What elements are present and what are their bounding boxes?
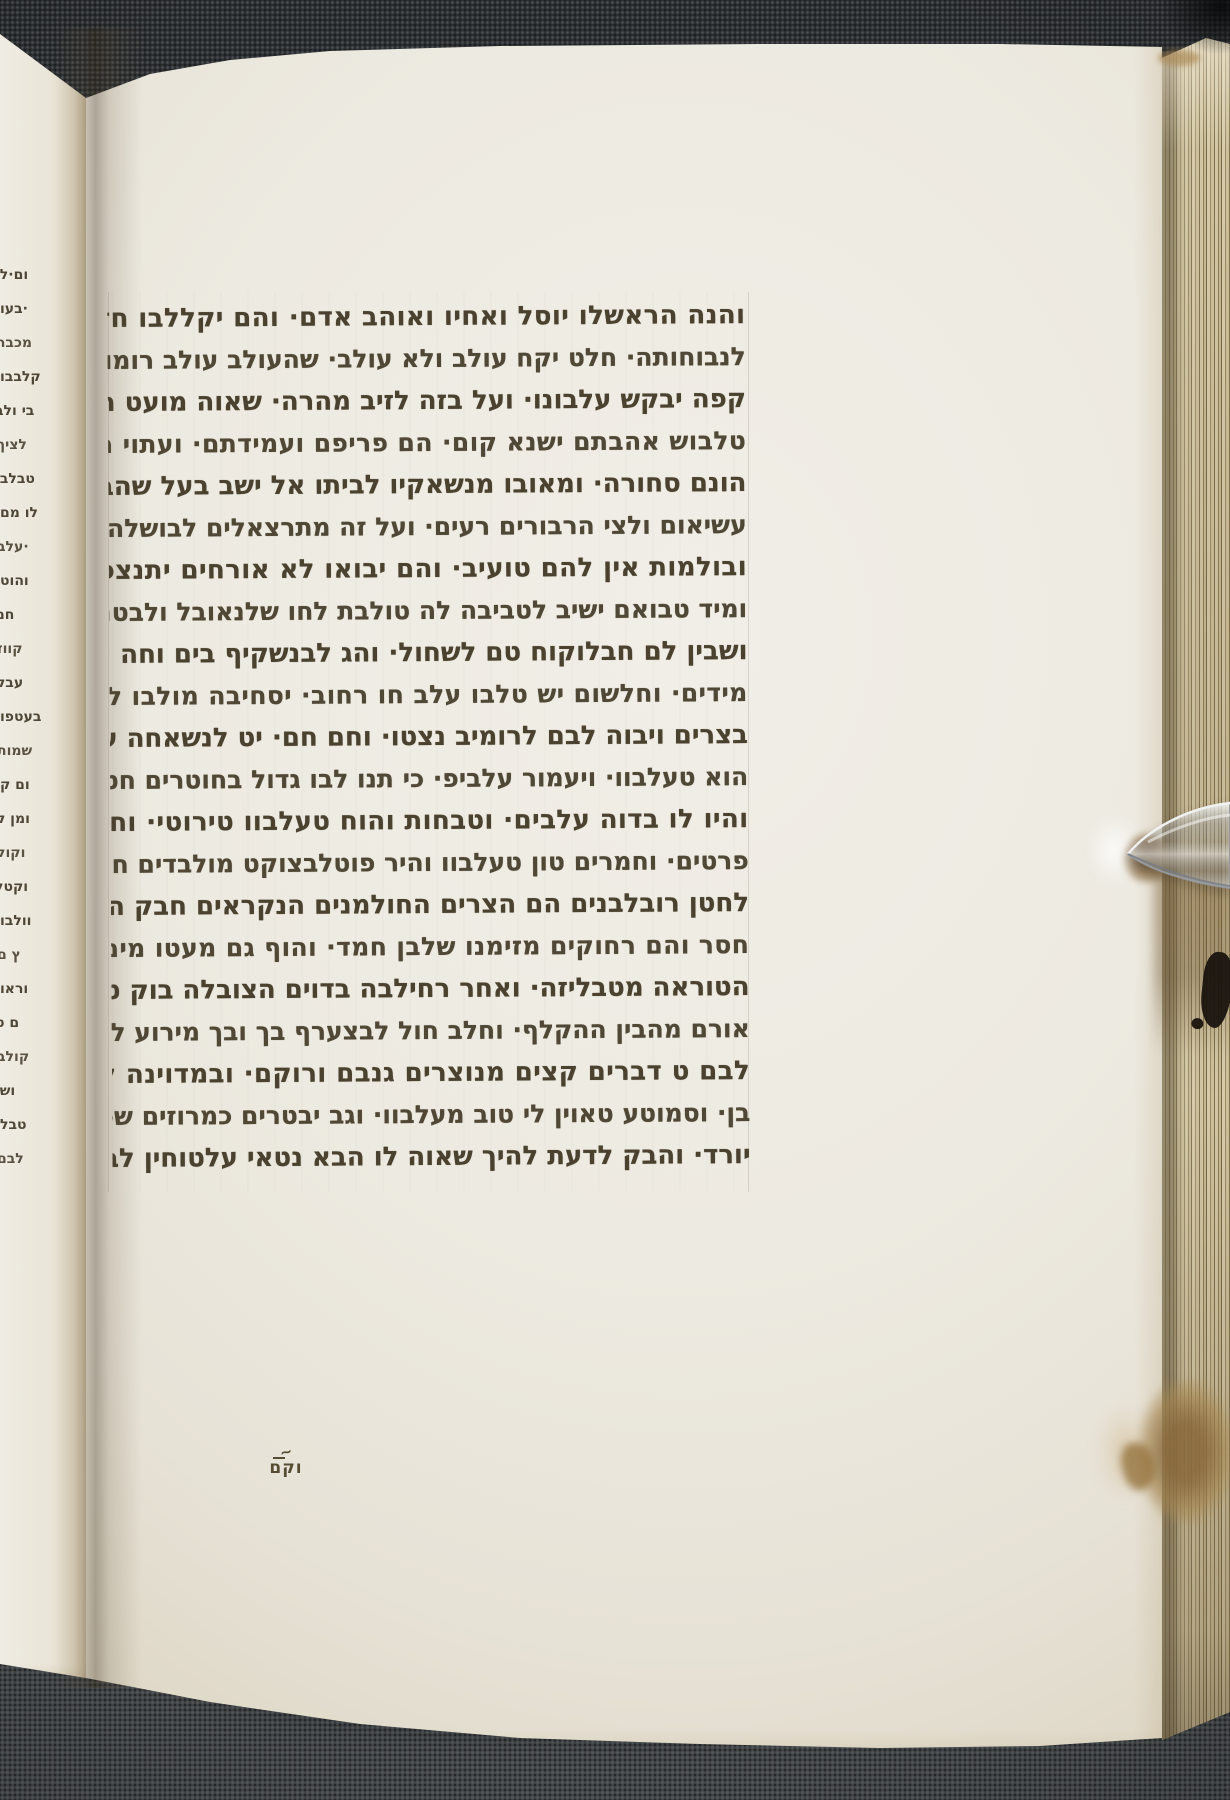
facing-line-fragment: קלבבו	[0, 360, 43, 394]
text-line: ומיד טבואם ישיב לטביבה לה טולבת לחו שלנא…	[109, 588, 747, 634]
text-line: בצרים ויבוה לבם לרומיב נצטו· וחם חם· יט …	[110, 714, 748, 760]
catchword-text: וקם	[269, 1458, 302, 1478]
photograph-of-open-manuscript: { "scene": { "background": "dark woven c…	[0, 0, 1230, 1800]
glass-weight-rod	[1120, 796, 1230, 892]
facing-line-fragment: וולבו	[0, 904, 43, 938]
text-line: טלבוש אהבתם ישנא קום· הם פריפם ועמידתם· …	[108, 420, 746, 466]
facing-line-fragment: והוט	[0, 564, 43, 598]
facing-line-fragment: וקול	[0, 836, 43, 870]
facing-line-fragment: לו מם	[0, 496, 43, 530]
facing-line-fragment: בעטפו	[0, 700, 43, 734]
text-line: עשיאום ולצי הרבורים רעים· ועל זה מתרצאלי…	[109, 504, 747, 550]
facing-line-fragment: עבק	[0, 666, 43, 700]
top-right-shadow	[1130, 0, 1230, 70]
facing-line-fragment: בעו·	[0, 292, 43, 326]
facing-line-fragment: ושו	[0, 1074, 43, 1108]
facing-line-fragment: קווז	[0, 632, 43, 666]
facing-line-fragment: ום·לו	[0, 258, 43, 292]
facing-line-fragment: קולב	[0, 1040, 43, 1074]
text-line: אורם מהבין ההקלף· וחלב חול לבצערף בך ובך…	[112, 1008, 750, 1054]
facing-line-fragment: בי ולב	[0, 394, 43, 428]
glass-rod-shape	[1120, 796, 1230, 892]
facing-line-fragment: לציך	[0, 428, 43, 462]
facing-line-fragment: לבם	[0, 1142, 43, 1176]
facing-line-fragment: וראו	[0, 972, 43, 1006]
facing-line-fragment: וקטל	[0, 870, 43, 904]
facing-line-fragment: ץ ם	[0, 938, 43, 972]
text-line: בן· וסמוטע טאוין לי טוב מעלבוו· וגב יבטר…	[112, 1092, 750, 1138]
text-line: פרטים· וחמרים טון טעלבוו והיר פוטלבצוקט …	[111, 840, 749, 886]
text-line: ושבין לם חבלוקוח טם לשחול· והג לבנשקיף ב…	[109, 630, 747, 676]
text-line: לחטן רובלבנים הם הצרים החולמנים הנקראים …	[111, 882, 749, 928]
text-line: ובולמות אין להם טועיב· והם יבואו לא אורח…	[109, 546, 747, 592]
text-line: הוא טעלבוו· ויעמור עלביפ· כי תנו לבו גדו…	[110, 756, 748, 802]
text-line: והיו לו בדוה עלבים· וטבחות והוח טעלבוו ט…	[110, 798, 748, 844]
text-line: והנה הראשלו יוסל ואחיו ואוהב אדם· והם יק…	[107, 294, 745, 340]
text-line: קפה יבקש עלבונו· ועל בזה לזיב מהרה· שאוה…	[108, 378, 746, 424]
facing-line-fragment: מכבר	[0, 326, 43, 360]
page-stain-foxing	[1096, 1402, 1154, 1502]
catchword: ∼ וקם	[254, 1446, 318, 1478]
facing-line-fragment: ום ק	[0, 768, 43, 802]
text-line: לבם ט דברים קצים מנוצרים גנבם ורוקם· ובמ…	[112, 1050, 750, 1096]
text-line: מידים· וחלשום יש טלבו עלב חו רחוב· יסחיב…	[110, 672, 748, 718]
facing-line-fragment: שמות	[0, 734, 43, 768]
facing-line-fragment: עלב·	[0, 530, 43, 564]
text-line: יורד· והבק לדעת להיך שאוה לו הבא נטאי על…	[112, 1134, 750, 1180]
text-line: הטוראה מטבליזה· ואחר רחילבה בדוים הצובלה…	[111, 966, 749, 1012]
facing-line-fragment: ומן ק	[0, 802, 43, 836]
facing-line-fragment: חם	[0, 598, 43, 632]
hebrew-text-block: והנה הראשלו יוסל ואחיו ואוהב אדם· והם יק…	[107, 294, 750, 1180]
text-line: הונם סחורה· ומאובו מנשאקיו לביתו אל ישב …	[108, 462, 746, 508]
facing-line-fragment: ם ט	[0, 1006, 43, 1040]
facing-line-fragment: טבל	[0, 1108, 43, 1142]
text-line: לנבוחותה· חלט יקח עולב ולא עולב· שהעולב …	[108, 336, 746, 382]
text-line: חסר והם רחוקים מזימנו שלבן חמד· והוף גם …	[111, 924, 749, 970]
facing-page-line-fragments: ום·לו בעו· מכבר קלבבו בי ולב לציך טבלבו …	[0, 258, 48, 1198]
facing-line-fragment: טבלבו	[0, 462, 43, 496]
